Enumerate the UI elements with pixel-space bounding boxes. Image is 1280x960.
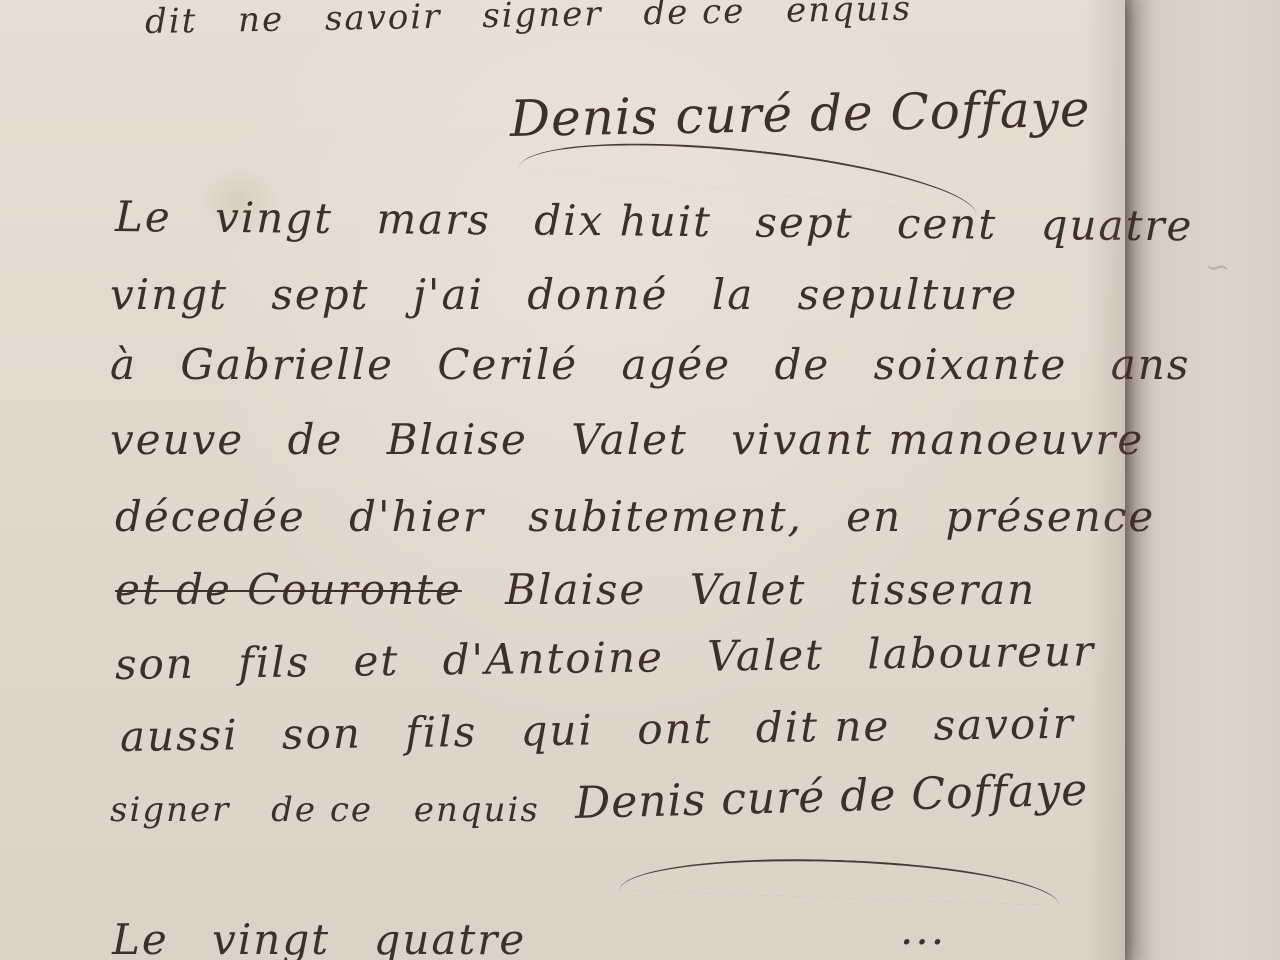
word: laboureur <box>867 626 1095 678</box>
text-line-8: aussi son fils qui ont dit ne savoir <box>120 698 1103 761</box>
word: veuve <box>110 415 244 464</box>
word: mars <box>376 194 491 244</box>
word: fils <box>405 707 478 757</box>
word: dit ne <box>755 701 890 752</box>
word: en <box>846 492 902 541</box>
word: sept <box>271 270 369 319</box>
text-line-6: et de Couronte Blaise Valet tisseran <box>115 565 1064 614</box>
word: dix huit <box>534 196 712 247</box>
word: enquis <box>786 0 913 31</box>
word: Valet <box>690 565 807 614</box>
word: donné <box>527 270 668 319</box>
word: ans <box>1111 340 1191 389</box>
word: de ce <box>643 0 746 33</box>
text-line-10: Le vingt quatre <box>112 915 554 960</box>
word: la <box>712 270 754 319</box>
text-line-4: veuve de Blaise Valet vivant manoeuvre <box>110 415 1172 464</box>
word: vingt <box>212 915 330 960</box>
word: vivant manoeuvre <box>731 415 1144 464</box>
word: présence <box>946 492 1156 541</box>
word: à <box>110 340 137 389</box>
text-line-7: son fils et d'Antoine Valet laboureur <box>115 626 1124 689</box>
text-line-1: Le vingt mars dix huit sept cent quatre <box>115 192 1222 251</box>
word: tisseran <box>850 565 1036 614</box>
word: qui <box>520 705 594 755</box>
word: quatre <box>373 915 526 960</box>
word: vingt <box>110 270 228 319</box>
word: Valet <box>571 415 688 464</box>
word: d'hier <box>349 492 485 541</box>
text-line-2: vingt sept j'ai donné la sepulture <box>110 270 1046 319</box>
word: d'Antoine <box>442 632 664 684</box>
register-page: dit ne savoir signer de ce enquis Denis … <box>0 0 1125 960</box>
word: sepulture <box>798 270 1019 319</box>
word: Valet <box>707 630 824 681</box>
word: subitement, <box>528 492 803 541</box>
word: signer <box>110 790 230 830</box>
word: soixante <box>874 340 1068 389</box>
word: Gabrielle <box>180 340 394 389</box>
word: Blaise <box>505 565 646 614</box>
word: Le <box>115 192 172 241</box>
text-line-3: à Gabrielle Cerilé agée de soixante ans <box>110 340 1218 389</box>
word: fils <box>238 637 311 687</box>
word: décedée <box>115 492 306 541</box>
word: Le <box>112 915 169 960</box>
word: j'ai <box>413 270 484 319</box>
text-line-0: dit ne savoir signer de ce enquis <box>145 0 941 42</box>
adjacent-page: ∽ <box>1125 0 1280 960</box>
word: de ce <box>271 790 373 830</box>
text-line-5: décedée d'hier subitement, en présence <box>115 492 1183 541</box>
signature-curate-1: Denis curé de Coffaye <box>509 80 1090 148</box>
signature-curate-2: Denis curé de Coffaye <box>574 765 1089 829</box>
word: sept <box>755 198 854 248</box>
word: ne <box>238 0 285 40</box>
word: enquis <box>414 790 540 830</box>
word: de <box>288 415 344 464</box>
text-line-10-right: ... <box>900 905 946 954</box>
word: et <box>353 636 399 686</box>
word: signer <box>482 0 603 36</box>
word: de <box>774 340 830 389</box>
text-line-9: signer de ce enquis <box>110 790 568 830</box>
word: cent <box>897 199 998 249</box>
word: savoir <box>325 0 442 39</box>
struck-out-text: et de Couronte <box>115 565 462 614</box>
word: dit <box>145 1 198 42</box>
word: Cerilé <box>437 340 578 389</box>
word: ont <box>637 704 713 754</box>
word: Blaise <box>387 415 528 464</box>
word: quatre <box>1040 200 1193 250</box>
word: vingt <box>215 193 333 243</box>
flourish-divider-2 <box>619 852 1060 905</box>
word: savoir <box>933 699 1075 750</box>
word: son <box>115 639 196 689</box>
word: son <box>282 709 363 759</box>
word: aussi <box>120 710 239 761</box>
word: agée <box>621 340 731 389</box>
faint-bleedthrough-text: ∽ <box>1205 250 1230 285</box>
